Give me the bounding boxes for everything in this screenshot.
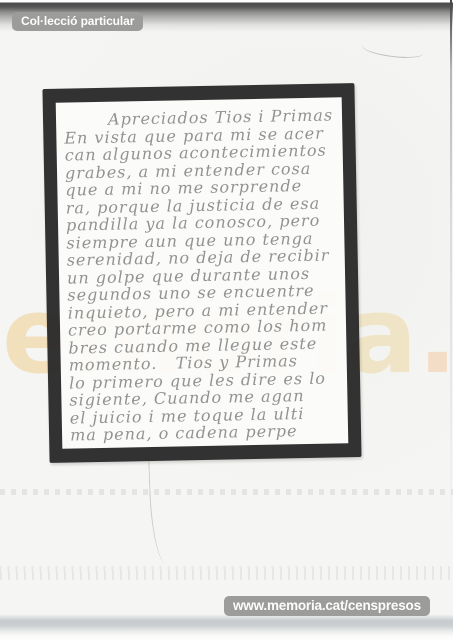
letter-paper: Apreciados Tios i Primas En vista que pa… — [56, 97, 349, 448]
watermark-letter: . — [417, 286, 453, 387]
scan-speckle-band — [0, 566, 453, 580]
scanner-bottom-shadow-band — [0, 614, 453, 640]
scan-scratch-mark-top — [361, 38, 424, 60]
scan-scratch-mark-bottom — [148, 456, 173, 565]
paper-fold-line — [0, 489, 453, 495]
letter-photograph: Apreciados Tios i Primas En vista que pa… — [42, 83, 361, 463]
website-credit-badge: www.memoria.cat/censpresos — [224, 596, 430, 616]
scan-page: e m o r i a . c Apreciados Tios i Primas… — [0, 0, 453, 640]
scan-right-edge-line — [450, 0, 452, 540]
collection-source-badge: Col·lecció particular — [12, 12, 143, 31]
handwriting-line: ma pena, o cadena perpe — [70, 421, 344, 444]
